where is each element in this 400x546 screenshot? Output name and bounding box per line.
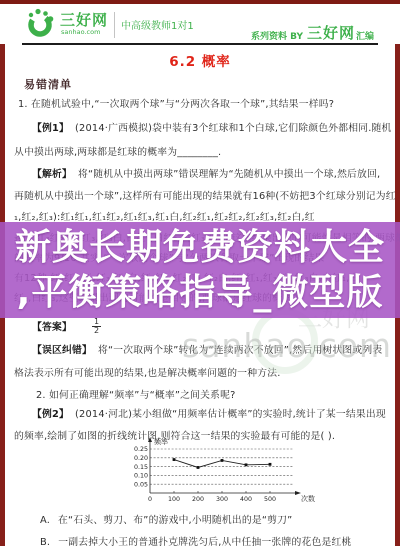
svg-text:0.15: 0.15	[134, 464, 148, 471]
analysis-line2: 再随机从中摸出一个球”,这样所有可能出现的结果就有16种(不妨把3个红球分别记为…	[14, 188, 396, 202]
svg-text:频率: 频率	[154, 437, 168, 446]
brand-tagline: 中高级教师1对1	[121, 17, 194, 32]
brand-domain: sanhao.com	[61, 28, 100, 36]
worksheet-page: 三好网 sanhao.com 中高级教师1对1 系列资料 BY 三好网 汇编 6…	[0, 0, 400, 546]
site-watermark-domain: sanhao.com	[182, 326, 392, 365]
series-prefix: 系列资料 BY	[251, 29, 303, 43]
svg-text:次数: 次数	[301, 494, 315, 503]
example1-line1: 【例1】(2014·广西模拟)袋中装有3个红球和1个白球,它们除颜色外都相同.随…	[32, 120, 392, 134]
correction-line2: 格法表示所有可能出现的结果,也是解决概率问题的一种方法.	[14, 365, 281, 379]
brand-name: 三好网	[60, 9, 108, 30]
svg-text:200: 200	[192, 496, 204, 503]
svg-text:300: 300	[216, 496, 228, 503]
svg-text:0.05: 0.05	[134, 481, 148, 488]
example1-line2: 从中摸出两球,两球都是红球的概率为________.	[14, 144, 221, 158]
series-suffix: 汇编	[356, 29, 374, 43]
answer-fraction: 12	[92, 318, 101, 336]
line-chart-svg: 0.050.100.150.200.250100200300400500频率次数	[126, 436, 316, 510]
analysis-label: 【解析】	[32, 169, 72, 180]
answer-line: 【答案】12	[32, 318, 101, 336]
example2-line1: 【例2】(2014·河北)某小组做“用频率估计概率”的实验时,统计了某一结果出现	[32, 406, 386, 420]
example2-label: 【例2】	[32, 409, 69, 420]
frequency-line-chart: 0.050.100.150.200.250100200300400500频率次数	[126, 436, 316, 510]
analysis-line3: ₁,红₂,红₃):红₁红₁,红₁红₂,红₁红₃,红₁白,红₂红₁,红₂红₂,红₂…	[14, 209, 315, 223]
header-divider-line	[22, 43, 378, 45]
svg-text:0.20: 0.20	[134, 455, 148, 462]
correction-label: 【误区纠错】	[32, 345, 92, 356]
svg-text:0: 0	[148, 496, 152, 503]
overlay-watermark-banner: 新奥长期免费资料大全 ,平衡策略指导_微型版	[0, 222, 400, 318]
svg-text:400: 400	[240, 496, 252, 503]
section-heading: 易错清单	[24, 76, 72, 92]
option-b: B.一副去掉大小王的普通扑克牌洗匀后,从中任抽一张牌的花色是红桃	[40, 534, 351, 546]
option-a: A.在“石头、剪刀、布”的游戏中,小明随机出的是“剪刀”	[40, 512, 292, 526]
header: 三好网 sanhao.com 中高级教师1对1 系列资料 BY 三好网 汇编	[0, 4, 400, 44]
svg-text:100: 100	[168, 496, 180, 503]
series-note: 系列资料 BY 三好网 汇编	[251, 22, 374, 43]
series-brand: 三好网	[307, 22, 355, 43]
svg-text:500: 500	[264, 496, 276, 503]
logo-divider	[114, 12, 115, 38]
answer-label: 【答案】	[32, 322, 72, 333]
svg-text:0.25: 0.25	[134, 446, 148, 453]
sanhao-paw-logo-icon	[24, 7, 56, 39]
analysis-line1: 【解析】将“随机从中摸出两球”错误理解为“先随机从中摸出一个球,然后放回,	[32, 166, 380, 180]
question-2: 2. 如何正确理解“频率”与“概率”之间关系呢?	[36, 387, 236, 401]
overlay-watermark-line2: ,平衡策略指导_微型版	[0, 270, 400, 315]
example1-label: 【例1】	[32, 123, 69, 134]
svg-text:0.10: 0.10	[134, 473, 148, 480]
overlay-watermark-line1: 新奥长期免费资料大全	[0, 225, 400, 270]
page-title: 6.2 概率	[0, 50, 400, 70]
question-1: 1. 在随机试验中,“一次取两个球”与“分两次各取一个球”,其结果一样吗?	[18, 96, 334, 110]
